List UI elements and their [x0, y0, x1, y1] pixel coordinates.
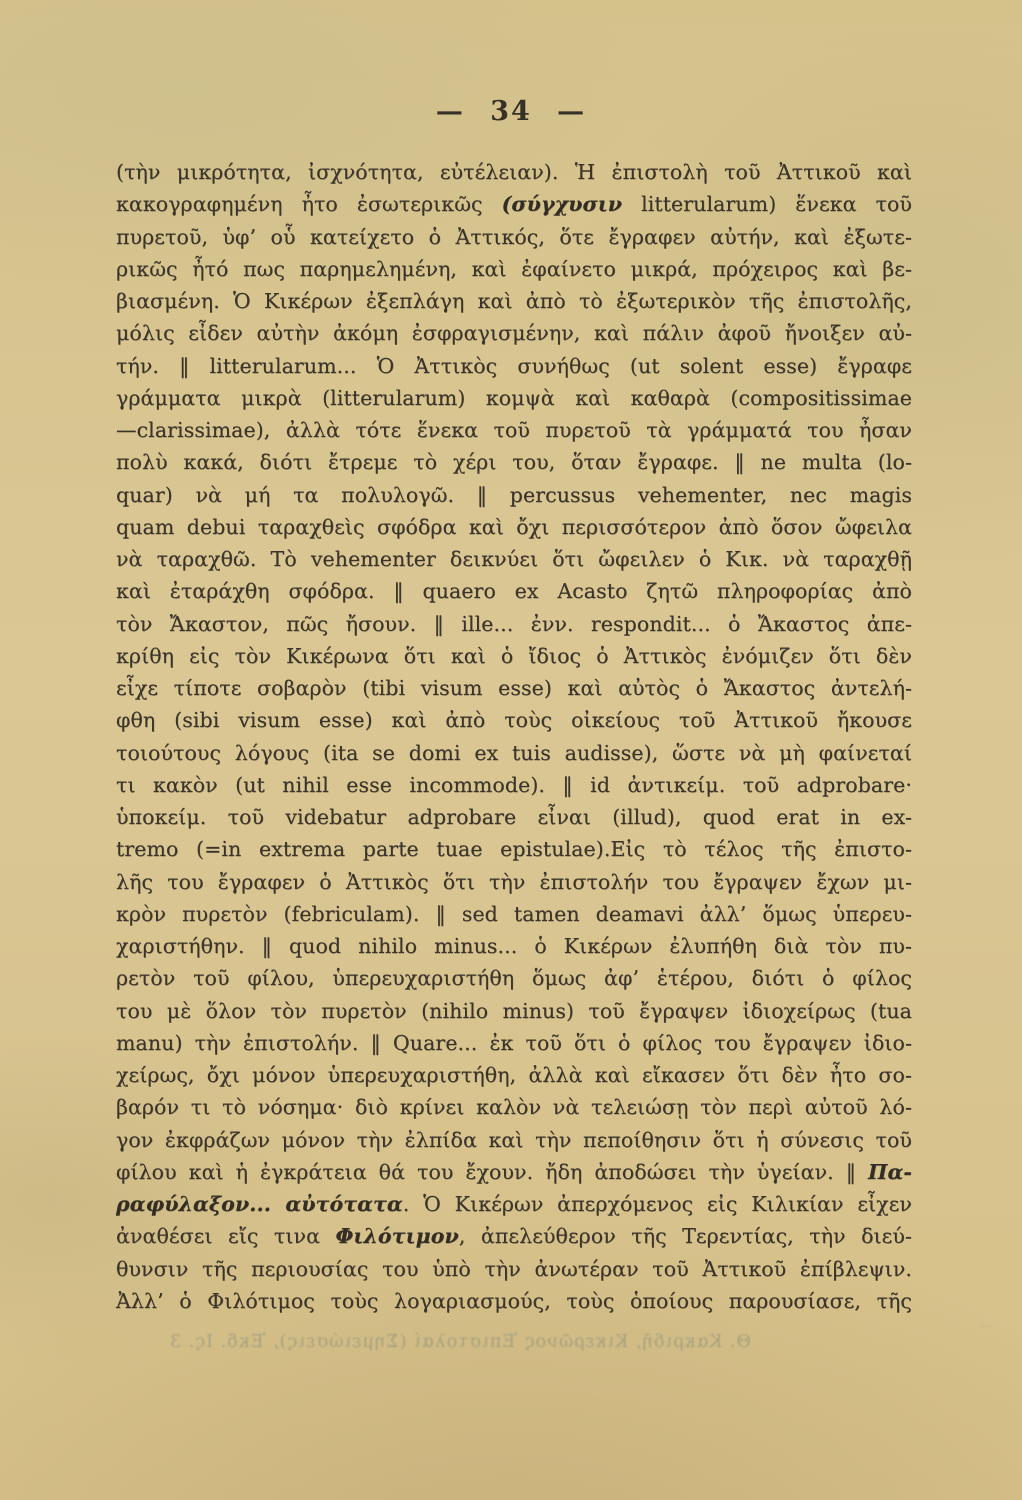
scanned-book-page: — 34 — (τὴν μικρότητα, ἰσχνότητα, εὐτέλε…: [0, 0, 1022, 1500]
body-text: κρίθη εἰς τὸν Κικέρωνα ὅτι καὶ ὁ ἴδιος ὁ…: [116, 644, 912, 668]
text-line: κρίθη εἰς τὸν Κικέρωνα ὅτι καὶ ὁ ἴδιος ὁ…: [116, 640, 912, 672]
text-line: Ἀλλ’ ὁ Φιλότιμος τοὺς λογαριασμούς, τοὺς…: [116, 1285, 912, 1317]
text-line: του μὲ ὅλον τὸν πυρετὸν (nihilo minus) τ…: [116, 995, 912, 1027]
body-text: πυρετοῦ, ὑφ’ οὗ κατείχετο ὁ Ἀττικός, ὅτε…: [116, 225, 912, 249]
body-text: γον ἐκφράζων μόνον τὴν ἐλπίδα καὶ τὴν πε…: [116, 1128, 912, 1152]
body-text: ρετὸν τοῦ φίλου, ὑπερευχαριστήθη ὅμως ἀφ…: [116, 966, 912, 990]
body-text: βαρόν τι τὸ νόσημα· διὸ κρίνει καλὸν νὰ …: [116, 1095, 912, 1119]
text-line: ὑποκείμ. τοῦ videbatur adprobare εἶναι (…: [116, 801, 912, 833]
body-text: φθη (sibi visum esse) καὶ ἀπὸ τοὺς οἰκεί…: [116, 708, 912, 732]
text-line: βαρόν τι τὸ νόσημα· διὸ κρίνει καλὸν νὰ …: [116, 1091, 912, 1123]
lemma-emphasis-text: (σύγχυσιν: [502, 192, 622, 216]
body-text: τοιούτους λόγους (ita se domi ex tuis au…: [116, 741, 912, 765]
text-line: νὰ ταραχθῶ. Τὸ vehementer δεικνύει ὅτι ὤ…: [116, 543, 912, 575]
text-line: κρὸν πυρετὸν (febriculam). ‖ sed tamen d…: [116, 898, 912, 930]
lemma-emphasis-text: ραφύλαξον... αὐτότατα: [116, 1192, 403, 1216]
body-text: quar) νὰ μή τα πολυλογῶ. ‖ percussus veh…: [116, 483, 912, 507]
body-text: χαριστήθην. ‖ quod nihilo minus... ὁ Κικ…: [116, 934, 912, 958]
body-text: quam debui ταραχθεὶς σφόδρα καὶ ὄχι περι…: [116, 515, 912, 539]
body-text: τήν. ‖ litterularum... Ὁ Ἀττικὸς συνήθως…: [116, 354, 912, 378]
text-line: γράμματα μικρὰ (litterularum) κομψὰ καὶ …: [116, 382, 912, 414]
body-text: του μὲ ὅλον τὸν πυρετὸν (nihilo minus) τ…: [116, 999, 912, 1023]
body-text: τι κακὸν (ut nihil esse incommode). ‖ id…: [116, 773, 912, 797]
text-line: μόλις εἶδεν αὐτὴν ἀκόμη ἐσφραγισμένην, κ…: [116, 317, 912, 349]
text-line: πολὺ κακά, διότι ἔτρεμε τὸ χέρι του, ὅτα…: [116, 446, 912, 478]
text-line: τοιούτους λόγους (ita se domi ex tuis au…: [116, 737, 912, 769]
text-line: θυνσιν τῆς περιουσίας του ὑπὸ τὴν ἀνωτέρ…: [116, 1253, 912, 1285]
body-text: Ἀλλ’ ὁ Φιλότιμος τοὺς λογαριασμούς, τοὺς…: [116, 1289, 912, 1313]
text-line: εἶχε τίποτε σοβαρὸν (tibi visum esse) κα…: [116, 672, 912, 704]
lemma-emphasis-text: Φιλότιμον: [335, 1224, 458, 1248]
text-line: χείρως, ὄχι μόνον ὑπερευχαριστήθη, ἀλλὰ …: [116, 1059, 912, 1091]
lemma-emphasis-text: Πα-: [868, 1160, 912, 1184]
text-line: τὸν Ἄκαστον, πῶς ἤσουν. ‖ ille... ἐνν. r…: [116, 608, 912, 640]
body-text: —clarissimae), ἀλλὰ τότε ἕνεκα τοῦ πυρετ…: [116, 418, 912, 442]
text-line: λῆς του ἔγραφεν ὁ Ἀττικὸς ὅτι τὴν ἐπιστο…: [116, 866, 912, 898]
body-text: litterularum) ἕνεκα τοῦ: [622, 192, 912, 216]
text-line: γον ἐκφράζων μόνον τὴν ἐλπίδα καὶ τὴν πε…: [116, 1124, 912, 1156]
bleed-through-fragment: ...: [980, 1316, 992, 1331]
body-text: manu) τὴν ἐπιστολήν. ‖ Quare... ἐκ τοῦ ὅ…: [116, 1031, 912, 1055]
body-text: φίλου καὶ ἡ ἐγκράτεια θά του ἔχουν. ἤδη …: [116, 1160, 868, 1184]
body-text: (τὴν μικρότητα, ἰσχνότητα, εὐτέλειαν). Ἡ…: [116, 160, 912, 184]
text-line: ρικῶς ἦτό πως παρημελημένη, καὶ ἐφαίνετο…: [116, 253, 912, 285]
text-block: (τὴν μικρότητα, ἰσχνότητα, εὐτέλειαν). Ἡ…: [116, 156, 912, 1317]
body-text: θυνσιν τῆς περιουσίας του ὑπὸ τὴν ἀνωτέρ…: [116, 1257, 912, 1281]
text-line: —clarissimae), ἀλλὰ τότε ἕνεκα τοῦ πυρετ…: [116, 414, 912, 446]
text-line: πυρετοῦ, ὑφ’ οὗ κατείχετο ὁ Ἀττικός, ὅτε…: [116, 221, 912, 253]
text-line: τήν. ‖ litterularum... Ὁ Ἀττικὸς συνήθως…: [116, 350, 912, 382]
text-line: manu) τὴν ἐπιστολήν. ‖ Quare... ἐκ τοῦ ὅ…: [116, 1027, 912, 1059]
bleed-through-footer-text: Θ. Κακριδῆ, Κικερῶνος Ἐπιστολαί (Σημειώσ…: [140, 1332, 780, 1352]
body-text: κακογραφημένη ἦτο ἐσωτερικῶς: [116, 192, 502, 216]
text-line: τι κακὸν (ut nihil esse incommode). ‖ id…: [116, 769, 912, 801]
body-text: πολὺ κακά, διότι ἔτρεμε τὸ χέρι του, ὅτα…: [116, 450, 912, 474]
body-text: tremo (=in extrema parte tuae epistulae)…: [116, 837, 912, 861]
body-text: . Ὁ Κικέρων ἀπερχόμενος εἰς Κιλικίαν εἶχ…: [403, 1192, 912, 1216]
body-text: νὰ ταραχθῶ. Τὸ vehementer δεικνύει ὅτι ὤ…: [116, 547, 912, 571]
body-text: , ἀπελεύθερον τῆς Τερεντίας, τὴν διεύ-: [459, 1224, 912, 1248]
text-line: βιασμένη. Ὁ Κικέρων ἐξεπλάγη καὶ ἀπὸ τὸ …: [116, 285, 912, 317]
text-line: κακογραφημένη ἦτο ἐσωτερικῶς (σύγχυσιν l…: [116, 188, 912, 220]
body-text: γράμματα μικρὰ (litterularum) κομψὰ καὶ …: [116, 386, 912, 410]
body-text: λῆς του ἔγραφεν ὁ Ἀττικὸς ὅτι τὴν ἐπιστο…: [116, 870, 912, 894]
body-text: ὑποκείμ. τοῦ videbatur adprobare εἶναι (…: [116, 805, 912, 829]
text-line: tremo (=in extrema parte tuae epistulae)…: [116, 833, 912, 865]
body-text: εἶχε τίποτε σοβαρὸν (tibi visum esse) κα…: [116, 676, 912, 700]
text-line: καὶ ἐταράχθη σφόδρα. ‖ quaero ex Acasto …: [116, 575, 912, 607]
body-text: μόλις εἶδεν αὐτὴν ἀκόμη ἐσφραγισμένην, κ…: [116, 321, 912, 345]
text-line: quar) νὰ μή τα πολυλογῶ. ‖ percussus veh…: [116, 479, 912, 511]
text-line: φίλου καὶ ἡ ἐγκράτεια θά του ἔχουν. ἤδη …: [116, 1156, 912, 1188]
body-text: βιασμένη. Ὁ Κικέρων ἐξεπλάγη καὶ ἀπὸ τὸ …: [116, 289, 912, 313]
text-line: φθη (sibi visum esse) καὶ ἀπὸ τοὺς οἰκεί…: [116, 704, 912, 736]
body-text: ρικῶς ἦτό πως παρημελημένη, καὶ ἐφαίνετο…: [116, 257, 912, 281]
body-text: κρὸν πυρετὸν (febriculam). ‖ sed tamen d…: [116, 902, 912, 926]
text-line: ραφύλαξον... αὐτότατα. Ὁ Κικέρων ἀπερχόμ…: [116, 1188, 912, 1220]
body-text: καὶ ἐταράχθη σφόδρα. ‖ quaero ex Acasto …: [116, 579, 912, 603]
page-number: — 34 —: [0, 96, 1022, 127]
body-text: χείρως, ὄχι μόνον ὑπερευχαριστήθη, ἀλλὰ …: [116, 1063, 912, 1087]
text-line: quam debui ταραχθεὶς σφόδρα καὶ ὄχι περι…: [116, 511, 912, 543]
body-text: τὸν Ἄκαστον, πῶς ἤσουν. ‖ ille... ἐνν. r…: [116, 612, 912, 636]
text-line: ἀναθέσει εἴς τινα Φιλότιμον, ἀπελεύθερον…: [116, 1220, 912, 1252]
text-line: χαριστήθην. ‖ quod nihilo minus... ὁ Κικ…: [116, 930, 912, 962]
text-line: (τὴν μικρότητα, ἰσχνότητα, εὐτέλειαν). Ἡ…: [116, 156, 912, 188]
body-text: ἀναθέσει εἴς τινα: [116, 1224, 335, 1248]
text-line: ρετὸν τοῦ φίλου, ὑπερευχαριστήθη ὅμως ἀφ…: [116, 962, 912, 994]
